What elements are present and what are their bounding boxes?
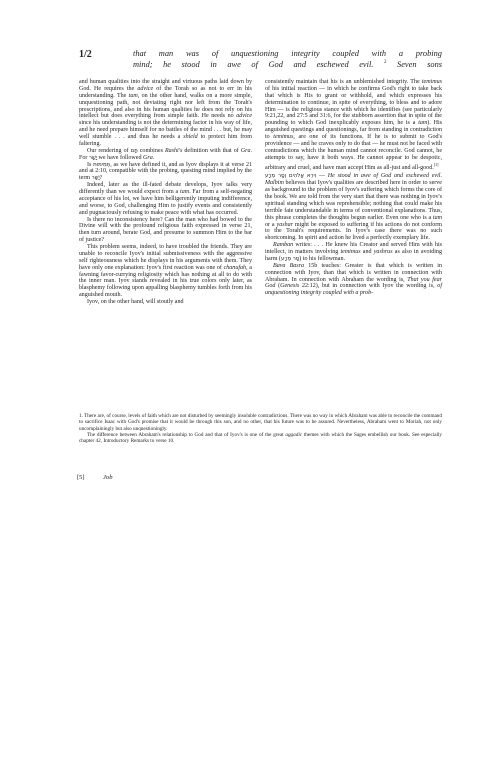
emphasis: Genesis (280, 283, 299, 289)
verse-continuation: Seven sons (397, 60, 442, 69)
emphasis: tam (433, 215, 442, 221)
text: definition with that of (182, 148, 240, 154)
verse-line-2: mind; he stood in awe of God and eschewe… (133, 58, 442, 69)
paragraph: Is there no inconsistency here? Can the … (79, 217, 252, 245)
page-number: [5] (77, 474, 84, 481)
emphasis: aggadic (285, 432, 302, 438)
paragraph: Is תְּמִימוּת, as we have defined it, an… (79, 162, 252, 183)
emphasis: Ramban (273, 242, 293, 248)
text: consistently maintain that his is an unb… (265, 79, 422, 85)
text: Our rendering of (87, 148, 131, 154)
hebrew-term: תָּם (131, 148, 138, 154)
hebrew-term: תְּמִימוּת (93, 162, 110, 168)
verse-reference: 1/2 (79, 49, 92, 60)
emphasis: temimus (422, 79, 442, 85)
commentary-column-2: consistently maintain that his is an unb… (265, 79, 442, 297)
text: 22:12), but in connection with Iyov the … (299, 283, 437, 289)
footnotes: 1. There are, of course, levels of faith… (79, 413, 442, 444)
emphasis: shield (183, 134, 197, 140)
text: . (153, 155, 155, 161)
footnote-1-continued: The difference between Abraham's relatio… (79, 432, 442, 445)
emphasis: yashar (277, 222, 293, 228)
emphasis: advice (236, 113, 252, 119)
paragraph: Our rendering of תָּם combines Rashi's d… (79, 148, 252, 162)
book-page: 1/2 that man was of unquestioning integr… (0, 0, 500, 760)
emphasis: yashrus (374, 249, 393, 255)
paragraph: Ramban writes: . . . He knew his Creator… (265, 242, 442, 263)
emphasis: advice (137, 86, 153, 92)
hebrew-term: יָשָׁר (89, 155, 97, 161)
text: The difference between Abraham's relatio… (87, 432, 285, 438)
paragraph: Indeed, later as the ill-fated debate de… (79, 182, 252, 216)
verse-number: 2 (384, 60, 387, 65)
paragraph: consistently maintain that his is an unb… (265, 79, 442, 171)
paragraph: and human qualities into the straight an… (79, 79, 252, 148)
paragraph: This problem seems, indeed, to have trou… (79, 244, 252, 299)
emphasis: Bava Basra (273, 263, 304, 269)
running-title: Job (103, 474, 113, 481)
text: we have followed (97, 155, 143, 161)
emphasis: tam (418, 120, 427, 126)
text: or a (265, 222, 277, 228)
emphasis: tam (180, 189, 189, 195)
emphasis: temimus (273, 134, 293, 140)
paragraph: Bava Basra 15b teaches: Greater is that … (265, 263, 442, 297)
text: and (361, 249, 374, 255)
paragraph: וִירֵא אֱלֹהִים וְסָר מֵרָע — He stood i… (265, 173, 442, 242)
hebrew-term: סָר מֵרָע (281, 256, 299, 262)
text: believes that Iyov's qualities are descr… (265, 180, 442, 220)
emphasis: temimus (340, 249, 360, 255)
verse-translation: that man was of unquestioning integrity … (133, 49, 442, 70)
text: ? (100, 175, 103, 181)
verse-line-1: that man was of unquestioning integrity … (133, 49, 442, 58)
text: ) to his fellowman. (299, 256, 345, 262)
verse-line-2-text: mind; he stood in awe of God and eschewe… (133, 60, 373, 69)
footnote-reference[interactable]: [1] (434, 162, 439, 167)
emphasis: Rashi's (165, 148, 182, 154)
commentary-column-1: and human qualities into the straight an… (79, 79, 252, 306)
text: — (316, 173, 328, 179)
emphasis: Gra (143, 155, 153, 161)
text: of his initial reaction — in which he co… (265, 86, 442, 126)
hebrew-lemma: וִירֵא אֱלֹהִים וְסָר מֵרָע (265, 173, 316, 179)
hebrew-term: יָשָׁר (92, 175, 100, 181)
footnote-1: 1. There are, of course, levels of faith… (79, 413, 442, 432)
paragraph: Iyov, on the other hand, will stoutly an… (79, 299, 252, 306)
emphasis: tam (129, 93, 138, 99)
text: combines (138, 148, 165, 154)
emphasis: chanufah (224, 265, 247, 271)
